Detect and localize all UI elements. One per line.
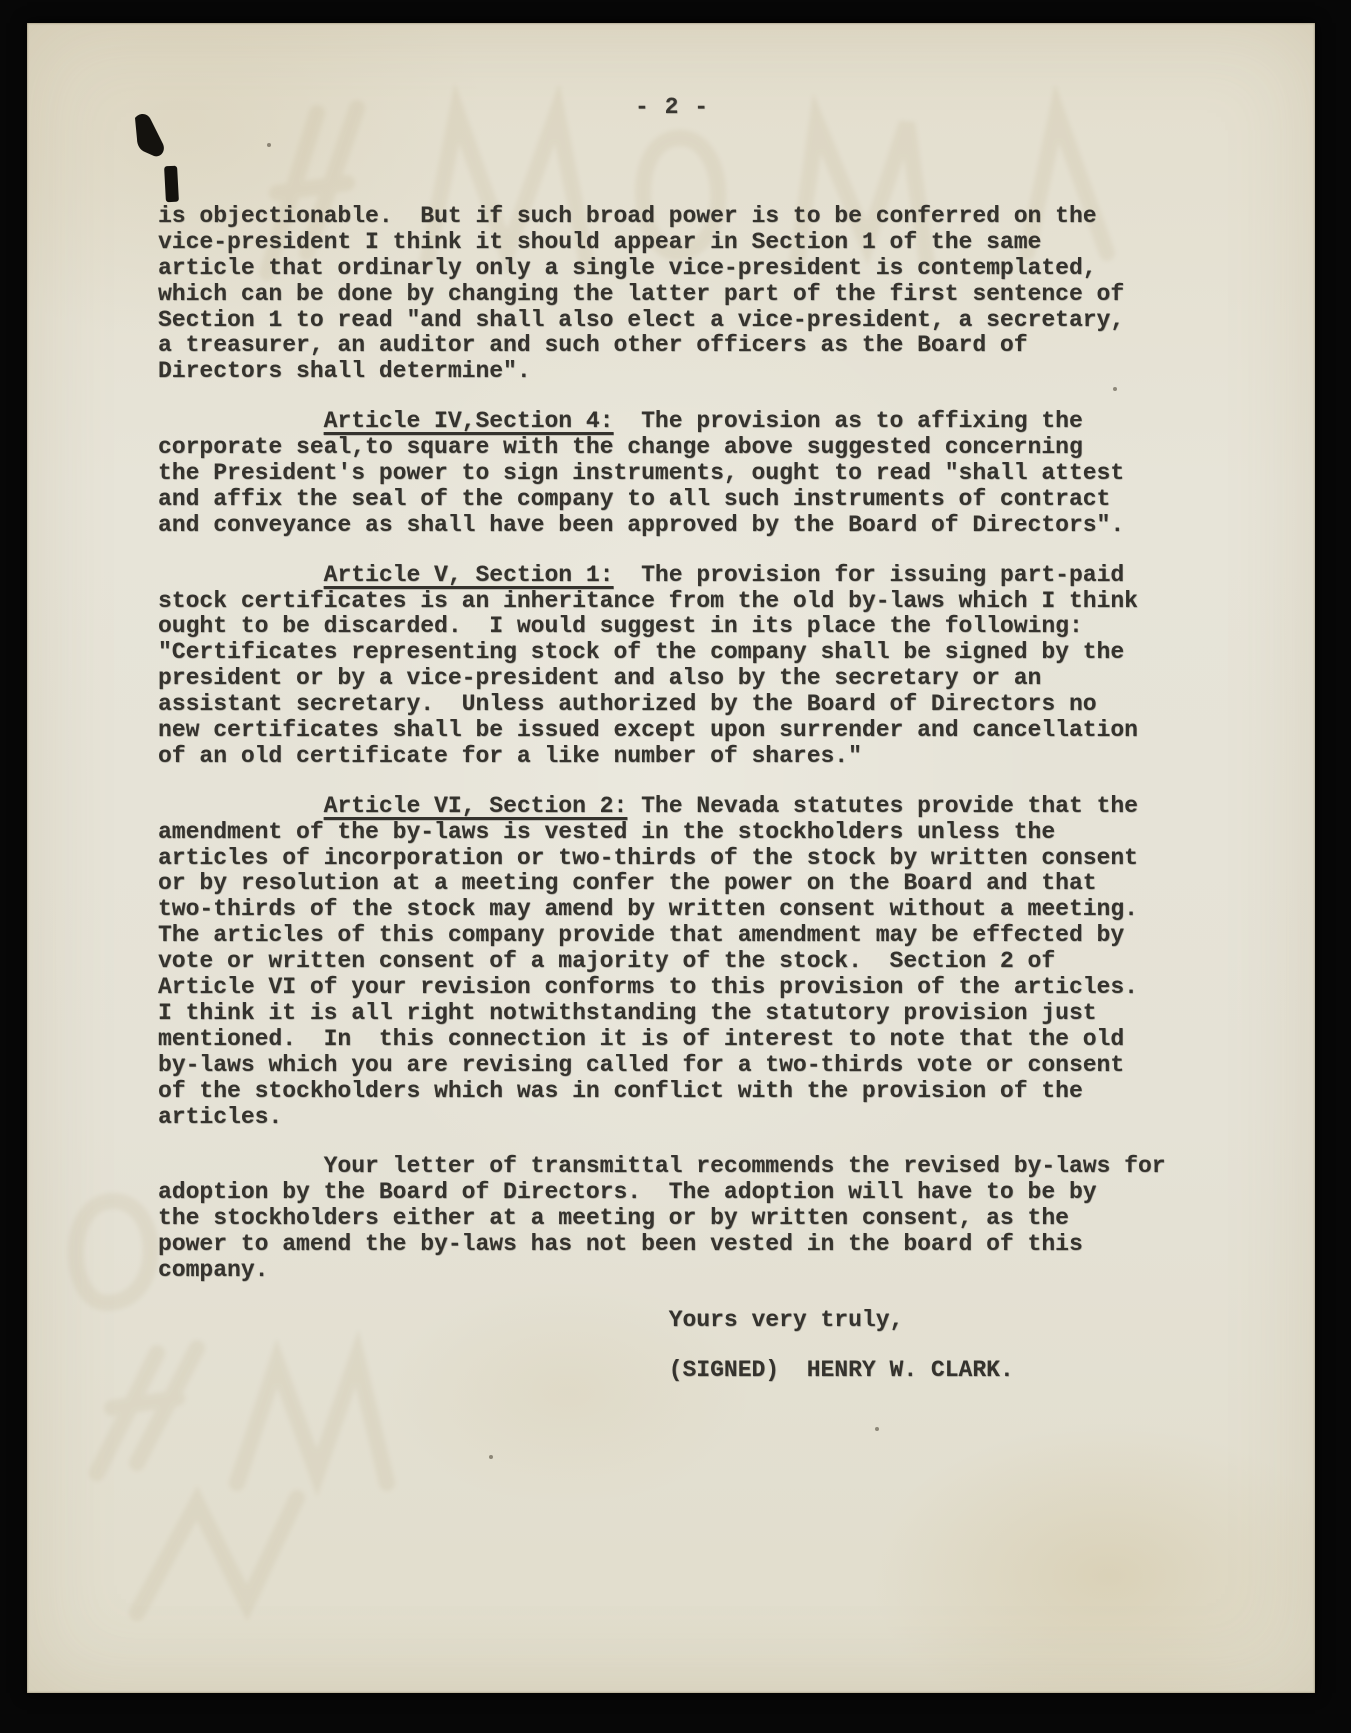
text-line: the President's power to sign instrument…	[158, 461, 1166, 487]
text-line: president or by a vice-president and als…	[158, 666, 1166, 692]
text-line: new certificates shall be issued except …	[158, 718, 1166, 744]
text-line: Article VI of your revision conforms to …	[158, 975, 1166, 1001]
text-line: which can be done by changing the latter…	[158, 282, 1166, 308]
text-line: two-thirds of the stock may amend by wri…	[158, 897, 1166, 923]
text-line: adoption by the Board of Directors. The …	[158, 1180, 1166, 1206]
dust-speck	[875, 1427, 879, 1431]
text-line: and conveyance as shall have been approv…	[158, 513, 1166, 539]
text-line: (SIGNED) HENRY W. CLARK.	[158, 1358, 1166, 1384]
text-line: Your letter of transmittal recommends th…	[158, 1154, 1166, 1180]
dust-speck	[489, 1455, 493, 1459]
text-line: company.	[158, 1258, 1166, 1284]
text-line: Section 1 to read "and shall also elect …	[158, 308, 1166, 334]
text-line: The articles of this company provide tha…	[158, 923, 1166, 949]
text-line: articles of incorporation or two-thirds …	[158, 846, 1166, 872]
text-line: Article VI, Section 2: The Nevada statut…	[158, 794, 1166, 820]
text-line: a treasurer, an auditor and such other o…	[158, 333, 1166, 359]
text-line: Yours very truly,	[158, 1308, 1166, 1334]
paragraph: Your letter of transmittal recommends th…	[158, 1154, 1166, 1283]
paragraph: Yours very truly,	[158, 1308, 1166, 1334]
text-line: of the stockholders which was in conflic…	[158, 1079, 1166, 1105]
text-line: amendment of the by-laws is vested in th…	[158, 820, 1166, 846]
paragraph: Article V, Section 1: The provision for …	[158, 563, 1166, 770]
paragraph: Article VI, Section 2: The Nevada statut…	[158, 794, 1166, 1131]
text-line: I think it is all right notwithstanding …	[158, 1001, 1166, 1027]
paragraph: is objectionable. But if such broad powe…	[158, 204, 1166, 385]
text-line: assistant secretary. Unless authorized b…	[158, 692, 1166, 718]
text-line: is objectionable. But if such broad powe…	[158, 204, 1166, 230]
text-line: article that ordinarly only a single vic…	[158, 256, 1166, 282]
text-line: vote or written consent of a majority of…	[158, 949, 1166, 975]
text-line: and affix the seal of the company to all…	[158, 487, 1166, 513]
text-line: "Certificates representing stock of the …	[158, 640, 1166, 666]
text-line: Article IV,Section 4: The provision as t…	[158, 409, 1166, 435]
text-line: ought to be discarded. I would suggest i…	[158, 614, 1166, 640]
ink-blot-mark	[107, 108, 207, 218]
paragraph: Article IV,Section 4: The provision as t…	[158, 409, 1166, 538]
text-line: of an old certificate for a like number …	[158, 744, 1166, 770]
text-line: power to amend the by-laws has not been …	[158, 1232, 1166, 1258]
text-line: articles.	[158, 1105, 1166, 1131]
text-line: Directors shall determine".	[158, 359, 1166, 385]
text-line: or by resolution at a meeting confer the…	[158, 871, 1166, 897]
letter-page: - 2 - is objectionable. But if such broa…	[27, 23, 1315, 1693]
text-line: Article V, Section 1: The provision for …	[158, 563, 1166, 589]
paragraph: (SIGNED) HENRY W. CLARK.	[158, 1358, 1166, 1384]
dust-speck	[267, 143, 271, 147]
text-line: the stockholders either at a meeting or …	[158, 1206, 1166, 1232]
text-line: corporate seal,to square with the change…	[158, 435, 1166, 461]
text-line: vice-president I think it should appear …	[158, 230, 1166, 256]
text-line: stock certificates is an inheritance fro…	[158, 589, 1166, 615]
letter-body: is objectionable. But if such broad powe…	[158, 204, 1166, 1408]
text-line: mentioned. In this connection it is of i…	[158, 1027, 1166, 1053]
text-line: by-laws which you are revising called fo…	[158, 1053, 1166, 1079]
